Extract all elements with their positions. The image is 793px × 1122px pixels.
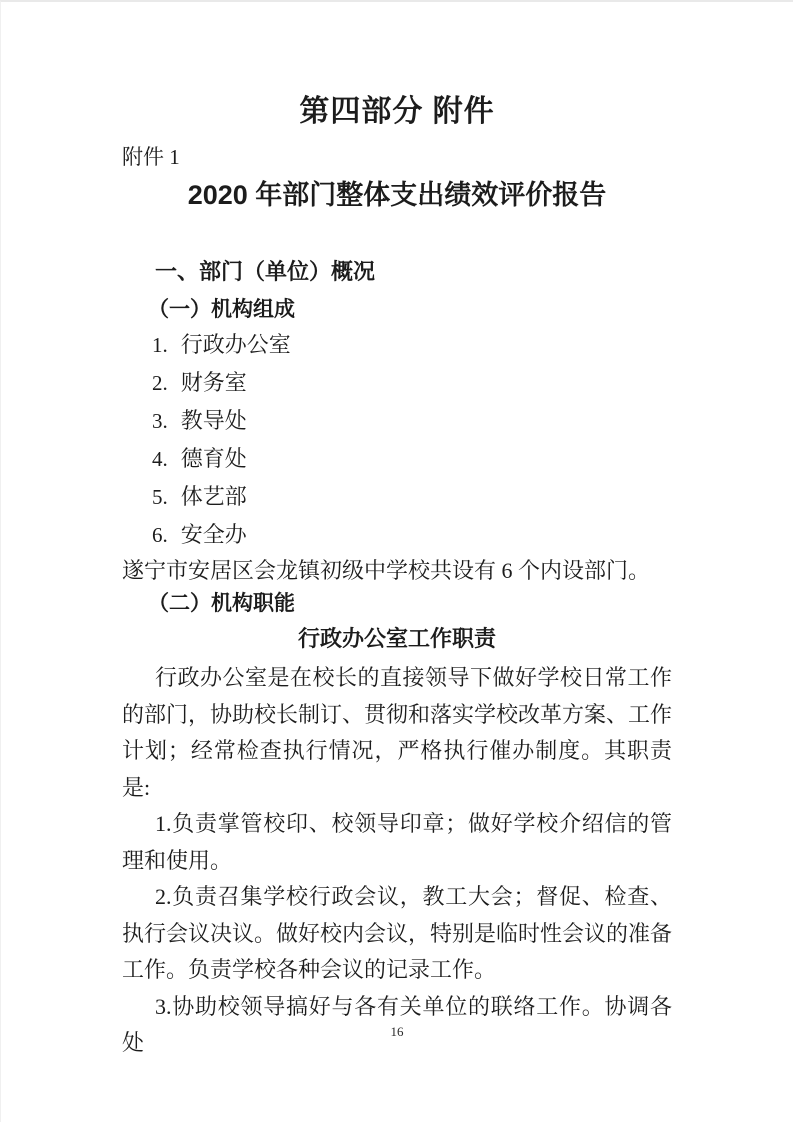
list-item: 1.行政办公室 (122, 326, 672, 364)
paragraph: 行政办公室是在校长的直接领导下做好学校日常工作的部门，协助校长制订、贯彻和落实学… (122, 660, 672, 806)
list-item-number: 5. (152, 478, 168, 516)
part-title: 第四部分 附件 (122, 94, 672, 130)
list-item-number: 2. (152, 364, 168, 402)
attachment-label: 附件 1 (122, 144, 672, 170)
document-page: 第四部分 附件 附件 1 2020 年部门整体支出绩效评价报告 一、部门（单位）… (0, 0, 793, 1122)
list-item-label: 财务室 (181, 370, 247, 395)
list-item-number: 1. (152, 326, 168, 364)
paragraph: 1.负责掌管校印、校领导印章；做好学校介绍信的管理和使用。 (122, 806, 672, 879)
list-item-number: 6. (152, 516, 168, 554)
list-item: 3.教导处 (122, 402, 672, 440)
duty-section-title: 行政办公室工作职责 (122, 626, 672, 652)
org-list: 1.行政办公室 2.财务室 3.教导处 4.德育处 5.体艺部 6.安全办 (122, 326, 672, 554)
sub-heading-org-functions: （二）机构职能 (122, 590, 672, 616)
body-paragraphs: 行政办公室是在校长的直接领导下做好学校日常工作的部门，协助校长制订、贯彻和落实学… (122, 660, 672, 1062)
org-summary-line: 遂宁市安居区会龙镇初级中学校共设有 6 个内设部门。 (122, 554, 672, 588)
list-item-label: 安全办 (181, 522, 247, 547)
page-number: 16 (1, 1024, 793, 1040)
list-item: 4.德育处 (122, 440, 672, 478)
list-item: 2.财务室 (122, 364, 672, 402)
list-item-label: 德育处 (181, 446, 247, 471)
document-content: 第四部分 附件 附件 1 2020 年部门整体支出绩效评价报告 一、部门（单位）… (1, 94, 793, 1062)
list-item: 6.安全办 (122, 516, 672, 554)
list-item-label: 教导处 (181, 408, 247, 433)
paragraph: 2.负责召集学校行政会议，教工大会；督促、检查、执行会议决议。做好校内会议，特别… (122, 879, 672, 989)
report-title: 2020 年部门整体支出绩效评价报告 (122, 178, 672, 212)
list-item-number: 3. (152, 402, 168, 440)
list-item-label: 体艺部 (181, 484, 247, 509)
sub-heading-org-composition: （一）机构组成 (122, 296, 672, 322)
list-item-label: 行政办公室 (181, 332, 291, 357)
section-heading-department-overview: 一、部门（单位）概况 (122, 258, 672, 286)
list-item: 5.体艺部 (122, 478, 672, 516)
list-item-number: 4. (152, 440, 168, 478)
